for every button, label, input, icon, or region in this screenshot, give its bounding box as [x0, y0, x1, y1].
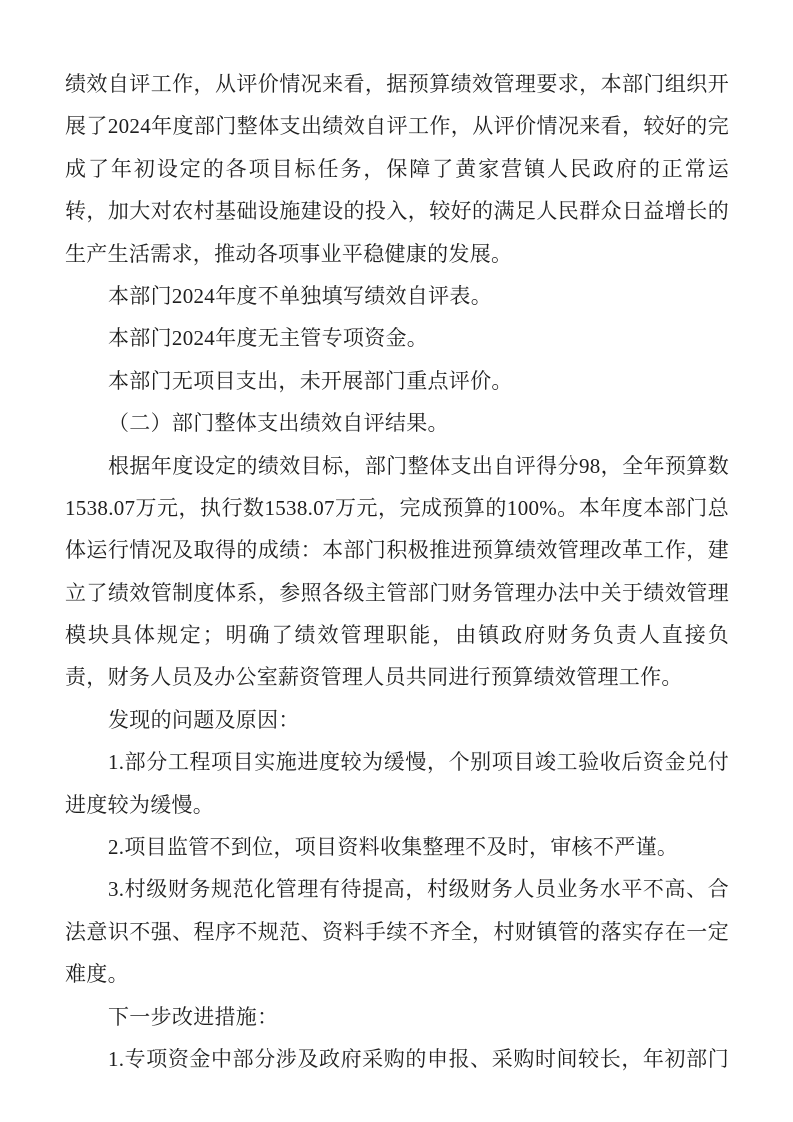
text-line: 根据年度设定的绩效目标，部门整体支出自评得分98，全年预算数	[65, 445, 729, 487]
text-line: 模块具体规定；明确了绩效管理职能，由镇政府财务负责人直接负	[65, 614, 729, 656]
text-line: 绩效自评工作，从评价情况来看，据预算绩效管理要求，本部门组织开	[65, 63, 729, 105]
text-line: 本部门无项目支出，未开展部门重点评价。	[65, 360, 729, 402]
document-page: 绩效自评工作，从评价情况来看，据预算绩效管理要求，本部门组织开展了2024年度部…	[0, 0, 793, 1122]
text-line: 成了年初设定的各项目标任务，保障了黄家营镇人民政府的正常运	[65, 148, 729, 190]
text-line: 法意识不强、程序不规范、资料手续不齐全，村财镇管的落实存在一定	[65, 911, 729, 953]
text-line: 3.村级财务规范化管理有待提高，村级财务人员业务水平不高、合	[65, 868, 729, 910]
text-line: 展了2024年度部门整体支出绩效自评工作，从评价情况来看，较好的完	[65, 105, 729, 147]
page-body-text: 绩效自评工作，从评价情况来看，据预算绩效管理要求，本部门组织开展了2024年度部…	[65, 63, 729, 1080]
text-line: 转，加大对农村基础设施建设的投入，较好的满足人民群众日益增长的	[65, 190, 729, 232]
text-line: 1.专项资金中部分涉及政府采购的申报、采购时间较长，年初部门	[65, 1038, 729, 1080]
text-line: 2.项目监管不到位，项目资料收集整理不及时，审核不严谨。	[65, 826, 729, 868]
text-line: 发现的问题及原因：	[65, 699, 729, 741]
text-line: 进度较为缓慢。	[65, 784, 729, 826]
text-line: 本部门2024年度不单独填写绩效自评表。	[65, 275, 729, 317]
text-line: 责，财务人员及办公室薪资管理人员共同进行预算绩效管理工作。	[65, 656, 729, 698]
text-line: 难度。	[65, 953, 729, 995]
text-line: 1.部分工程项目实施进度较为缓慢，个别项目竣工验收后资金兑付	[65, 741, 729, 783]
text-line: 本部门2024年度无主管专项资金。	[65, 317, 729, 359]
text-line: 1538.07万元，执行数1538.07万元，完成预算的100%。本年度本部门总	[65, 487, 729, 529]
text-line: 生产生活需求，推动各项事业平稳健康的发展。	[65, 233, 729, 275]
text-line: 体运行情况及取得的成绩：本部门积极推进预算绩效管理改革工作，建	[65, 529, 729, 571]
text-line: 立了绩效管制度体系，参照各级主管部门财务管理办法中关于绩效管理	[65, 572, 729, 614]
text-line: （二）部门整体支出绩效自评结果。	[65, 402, 729, 444]
text-line: 下一步改进措施：	[65, 996, 729, 1038]
